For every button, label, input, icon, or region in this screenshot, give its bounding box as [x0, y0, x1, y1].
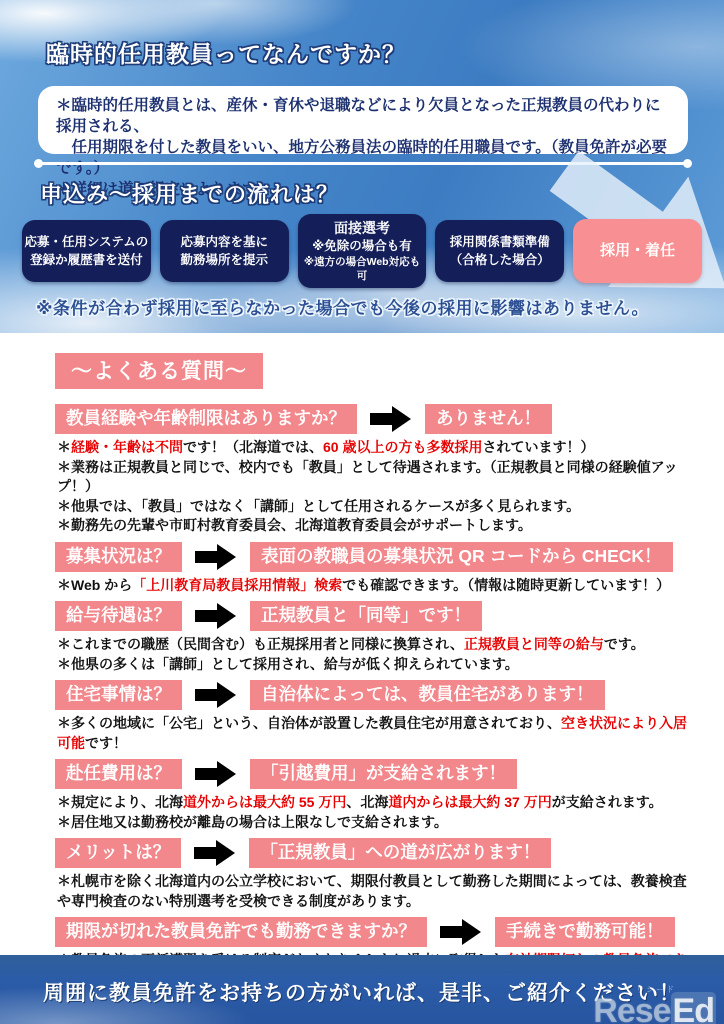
flow-step-line: 面接選考 [334, 219, 390, 237]
footer-banner: 周囲に教員免許をお持ちの方がいれば、是非、ご紹介ください！ リシード ReseE… [0, 955, 724, 1024]
faq-answer: ありません！ [425, 404, 552, 434]
flow-step-line: （合格した場合） [450, 251, 550, 269]
faq-question: 赴任費用は？ [55, 759, 182, 789]
faq-question: 募集状況は？ [55, 542, 182, 572]
faq-notes: ＊札幌市を除く北海道内の公立学校において、期限付教員として勤務した期間によっては… [57, 872, 696, 911]
faq-question: 住宅事情は？ [55, 680, 182, 710]
faq-answer: 「引越費用」が支給されます！ [250, 759, 517, 789]
reseed-logo: リシード ReseEd [593, 986, 716, 1024]
arrow-right-icon [195, 603, 237, 629]
faq-notes: ＊経験・年齢は不問です！（北海道では、60 歳以上の方も多数採用されています！）… [57, 438, 696, 536]
flow-step-line: 応募内容を基に [180, 233, 268, 251]
faq-row-3: 給与待遇は？正規教員と「同等」です！ [55, 601, 696, 631]
flow-step-line: 採用・着任 [600, 242, 675, 260]
flow-note: ※条件が合わず採用に至らなかった場合でも今後の採用に影響はありません。 [36, 294, 649, 319]
faq-note: ＊多くの地域に「公宅」という、自治体が設置した教員住宅が用意されており、空き状況… [57, 714, 696, 753]
faq-row-5: 赴任費用は？「引越費用」が支給されます！ [55, 759, 696, 789]
intro-heading: 臨時的任用教員ってなんですか？ [46, 36, 406, 69]
faq-note: ＊勤務先の先輩や市町村教育委員会、北海道教育委員会がサポートします。 [57, 516, 696, 536]
faq-row-6: メリットは？「正規教員」への道が広がります！ [55, 838, 696, 868]
faq-notes: ＊これまでの職歴（民間含む）も正規採用者と同様に換算され、正規教員と同等の給与で… [57, 635, 696, 674]
faq-question: メリットは？ [55, 838, 181, 868]
flow-steps-row: 応募・任用システムの登録か履歴書を送付応募内容を基に勤務場所を提示面接選考※免除… [22, 214, 702, 288]
faq-row-1: 教員経験や年齢制限はありますか？ありません！ [55, 404, 696, 434]
flow-heading: 申込み～採用までの流れは？ [40, 178, 339, 209]
faq-answer: 手続きで勤務可能！ [495, 917, 675, 947]
flow-step-line: 登録か履歴書を送付 [30, 251, 143, 269]
faq-question: 期限が切れた教員免許でも勤務できますか？ [55, 917, 427, 947]
intro-description-box: ＊臨時的任用教員とは、産休・育休や退職などにより欠員となった正規教員の代わりに採… [38, 86, 688, 154]
flow-step-line: 採用関係書類準備 [450, 233, 550, 251]
flow-step-line: ※免除の場合も有 [312, 237, 412, 255]
faq-note: ＊居住地又は勤務校が離島の場合は上限なしで支給されます。 [57, 813, 696, 833]
arrow-right-icon [370, 406, 412, 432]
faq-notes: ＊多くの地域に「公宅」という、自治体が設置した教員住宅が用意されており、空き状況… [57, 714, 696, 753]
faq-section: ～よくある質問～ 教員経験や年齢制限はありますか？ありません！＊経験・年齢は不問… [0, 333, 724, 955]
flow-step-2: 応募内容を基に勤務場所を提示 [160, 220, 289, 282]
faq-note: ＊Web から「上川教育局教員採用情報」検索でも確認できます。（情報は随時更新し… [57, 576, 696, 596]
intro-line: ＊臨時的任用教員とは、産休・育休や退職などにより欠員となった正規教員の代わりに採… [56, 95, 670, 137]
faq-note: ＊規定により、北海道外からは最大約 55 万円、北海道内からは最大約 37 万円… [57, 793, 696, 813]
faq-list: 教員経験や年齢制限はありますか？ありません！＊経験・年齢は不問です！（北海道では… [55, 404, 696, 955]
faq-note: ＊業務は正規教員と同じで、校内でも「教員」として待遇されます。（正規教員と同様の… [57, 458, 696, 497]
flow-step-1: 応募・任用システムの登録か履歴書を送付 [22, 220, 151, 282]
faq-heading: ～よくある質問～ [55, 353, 263, 389]
faq-row-7: 期限が切れた教員免許でも勤務できますか？手続きで勤務可能！ [55, 917, 696, 947]
arrow-right-icon [440, 919, 482, 945]
faq-notes: ＊規定により、北海道外からは最大約 55 万円、北海道内からは最大約 37 万円… [57, 793, 696, 832]
sky-header-section: 臨時的任用教員ってなんですか？ ＊臨時的任用教員とは、産休・育休や退職などにより… [0, 0, 724, 333]
reseed-logo-text: ReseEd [593, 992, 716, 1024]
faq-answer: 自治体によっては、教員住宅があります！ [250, 680, 605, 710]
faq-row-4: 住宅事情は？自治体によっては、教員住宅があります！ [55, 680, 696, 710]
arrow-right-icon [194, 840, 236, 866]
faq-answer: 表面の教職員の募集状況 QR コードから CHECK！ [250, 542, 673, 572]
flow-step-5: 採用・着任 [573, 219, 702, 283]
arrow-right-icon [195, 761, 237, 787]
faq-answer: 「正規教員」への道が広がります！ [249, 838, 551, 868]
flyer-page: 臨時的任用教員ってなんですか？ ＊臨時的任用教員とは、産休・育休や退職などにより… [0, 0, 724, 1024]
faq-note: ＊これまでの職歴（民間含む）も正規採用者と同様に換算され、正規教員と同等の給与で… [57, 635, 696, 655]
arrow-right-icon [195, 544, 237, 570]
faq-note: ＊経験・年齢は不問です！（北海道では、60 歳以上の方も多数採用されています！） [57, 438, 696, 458]
arrow-right-icon [195, 682, 237, 708]
faq-answer: 正規教員と「同等」です！ [250, 601, 482, 631]
flow-step-3: 面接選考※免除の場合も有※遠方の場合Web対応も可 [298, 214, 427, 288]
flow-step-4: 採用関係書類準備（合格した場合） [435, 220, 564, 282]
faq-notes: ＊Web から「上川教育局教員採用情報」検索でも確認できます。（情報は随時更新し… [57, 576, 696, 596]
faq-note: ＊他県の多くは「講師」として採用され、給与が低く抑えられています。 [57, 655, 696, 675]
faq-note: ＊札幌市を除く北海道内の公立学校において、期限付教員として勤務した期間によっては… [57, 872, 696, 911]
flow-step-line: ※遠方の場合Web対応も可 [300, 255, 425, 283]
faq-question: 給与待遇は？ [55, 601, 182, 631]
flow-step-line: 応募・任用システムの [25, 233, 149, 251]
flow-step-line: 勤務場所を提示 [180, 251, 268, 269]
faq-row-2: 募集状況は？表面の教職員の募集状況 QR コードから CHECK！ [55, 542, 696, 572]
faq-question: 教員経験や年齢制限はありますか？ [55, 404, 357, 434]
faq-note: ＊他県では、「教員」ではなく「講師」として任用されるケースが多く見られます。 [57, 497, 696, 517]
